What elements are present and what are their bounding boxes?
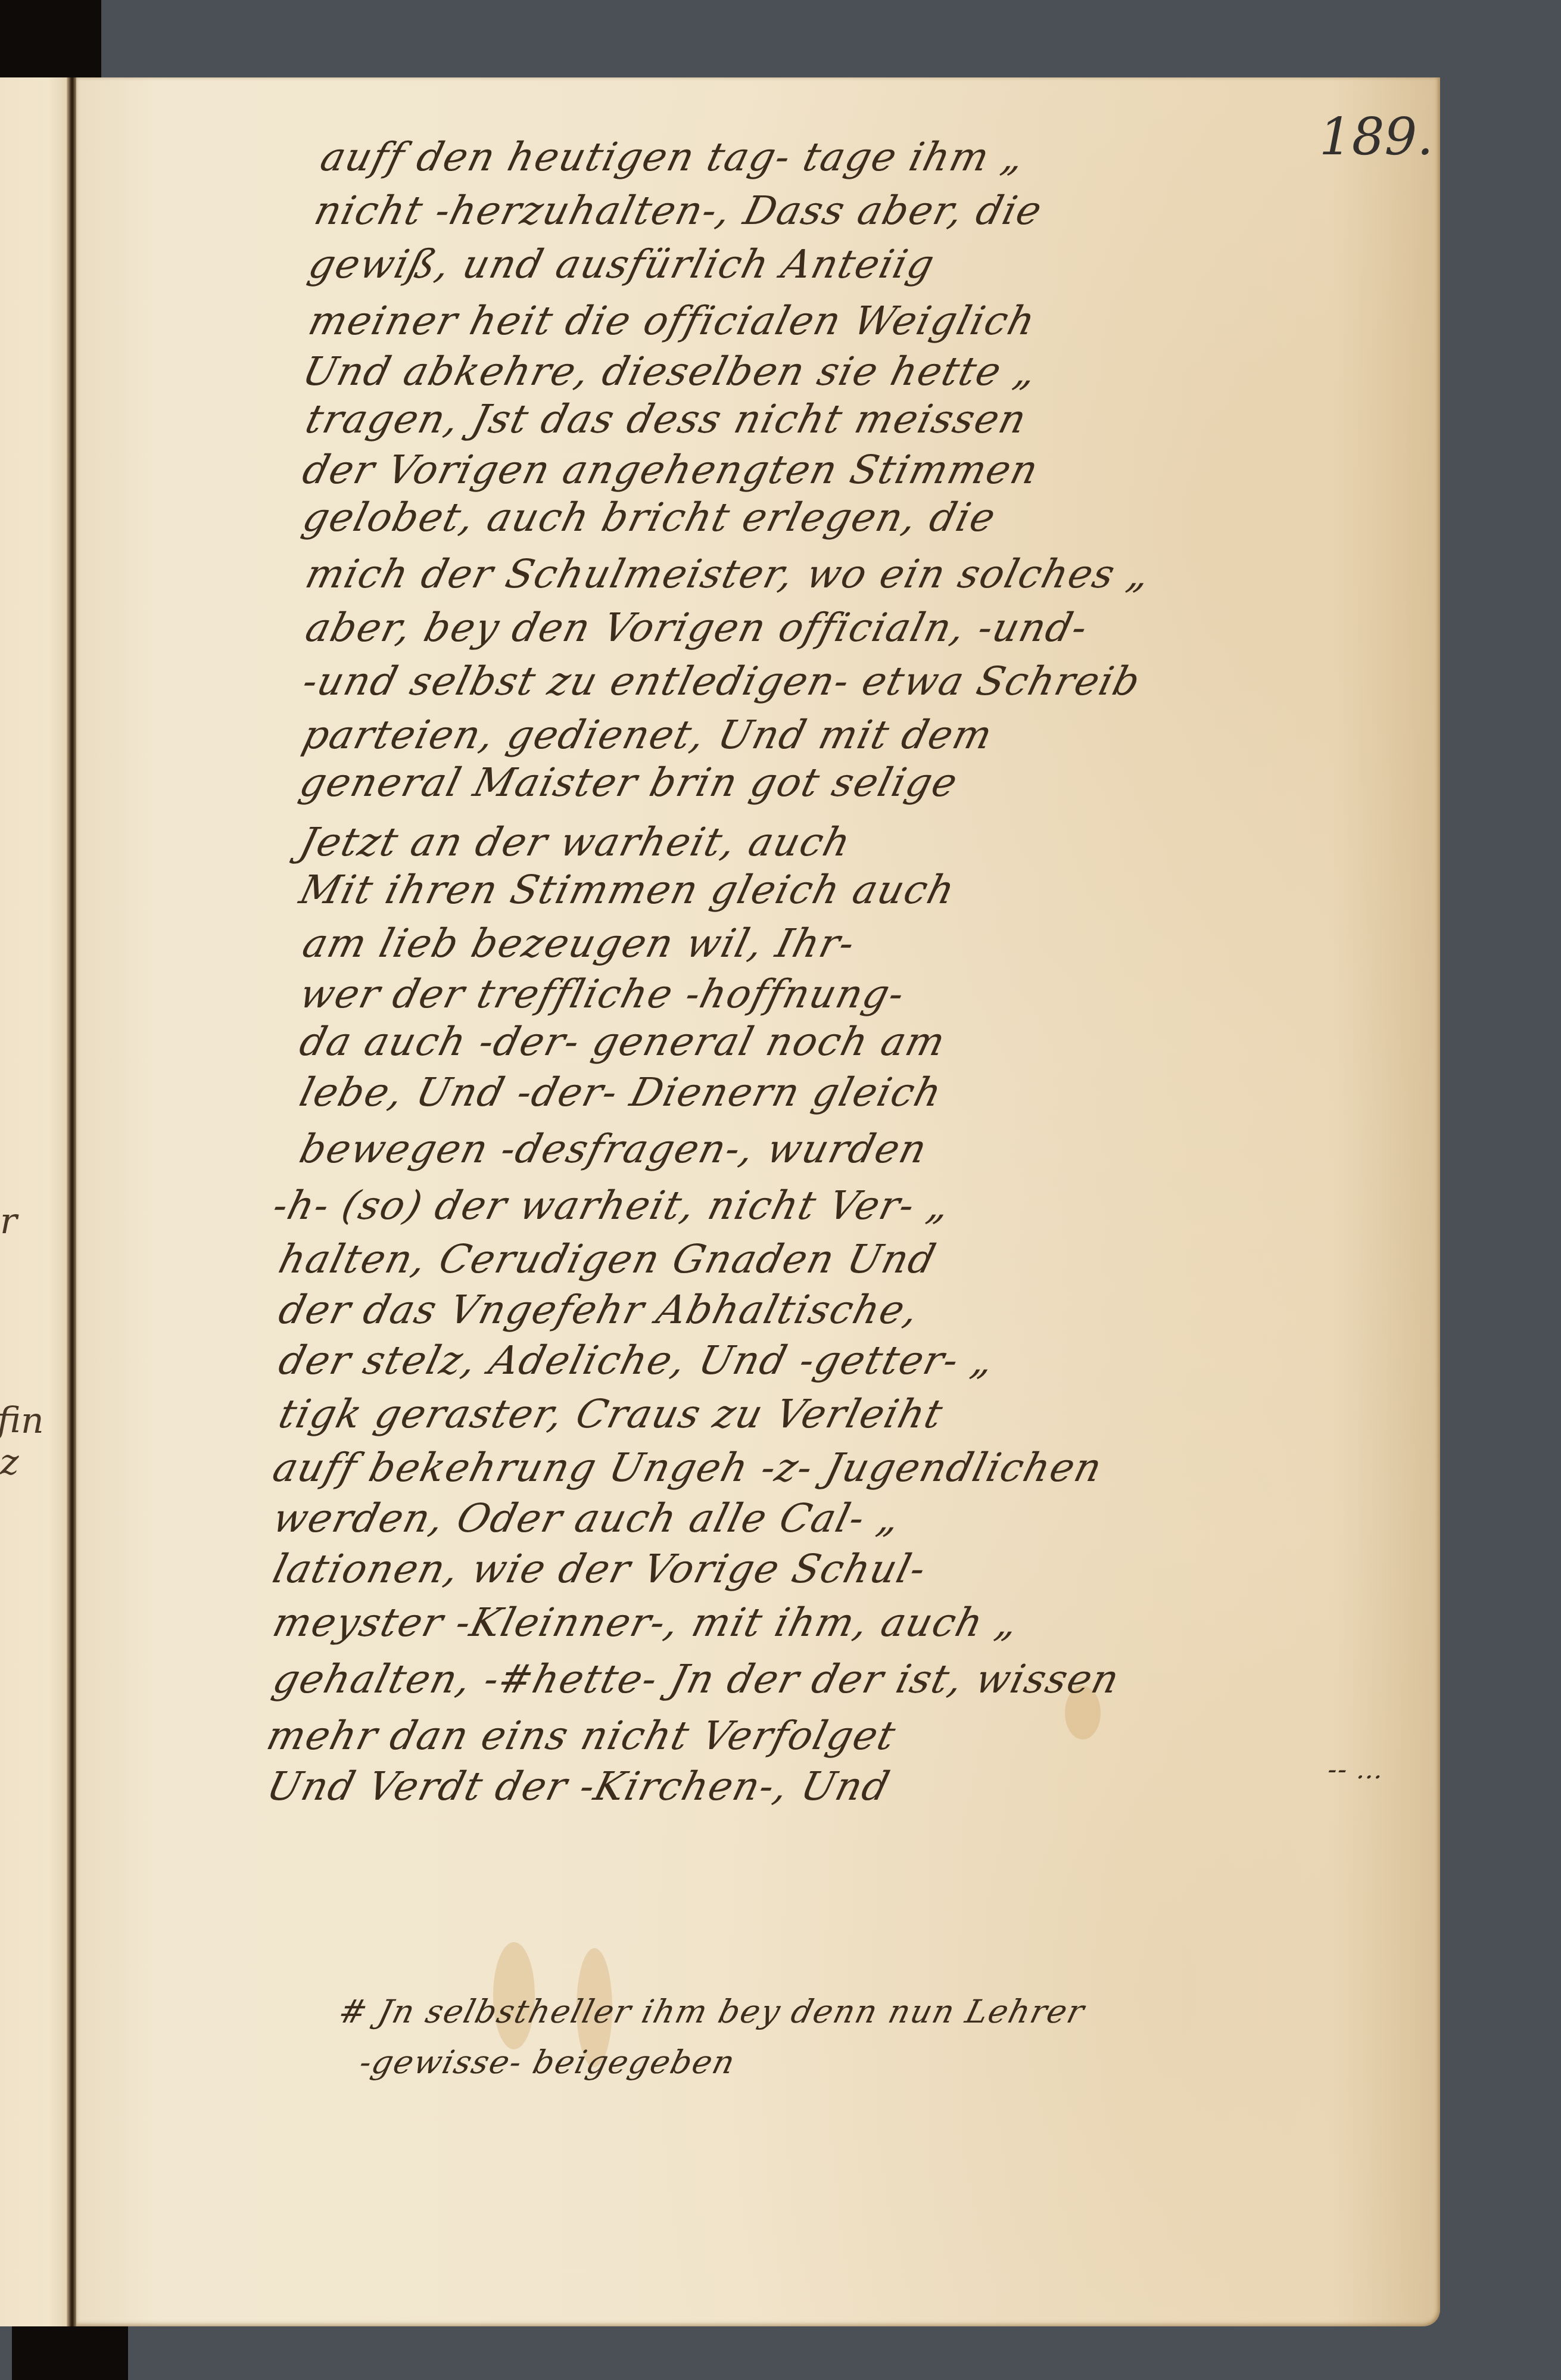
text-line: halten, Cerudigen Gnaden Und: [274, 1236, 941, 1282]
text-line: Und abkehre, dieselben sie hette „: [298, 349, 1042, 394]
left-margin-fragment: fin: [0, 1400, 44, 1442]
footnote-line: ‑gewisse‑ beigegeben: [356, 2043, 740, 2081]
text-line: der das Vngefehr Abhaltische,: [274, 1287, 924, 1333]
text-line: meiner heit die officialen Weiglich: [304, 298, 1040, 344]
text-line: aber, bey den Vorigen officialn, ‑und‑: [301, 605, 1093, 651]
text-line: der Vorigen angehengten Stimmen: [298, 447, 1043, 493]
left-page-edge: r fin z: [0, 77, 68, 2326]
text-line: tragen, Jst das dess nicht meissen: [301, 396, 1032, 442]
text-line: tigk geraster, Craus zu Verleiht: [274, 1391, 948, 1437]
text-line: lationen, wie der Vorige Schul‑: [268, 1546, 931, 1592]
bottom-left-dark-corner: [12, 2326, 128, 2380]
text-line: nicht ‑herzuhalten‑, Dass aber, die: [310, 188, 1047, 234]
text-line: der stelz, Adeliche, Und ‑getter‑ „: [274, 1337, 999, 1383]
text-line: Jetzt an der warheit, auch: [295, 819, 856, 865]
text-line: Mit ihren Stimmen gleich auch: [295, 867, 960, 913]
text-line: lebe, Und ‑der‑ Dienern gleich: [295, 1069, 947, 1115]
text-line: parteien, gedienet, Und mit dem: [298, 712, 998, 758]
text-line: mehr dan eins nicht Verfolget: [262, 1713, 901, 1759]
text-line: auff den heutigen tag‑ tage ihm „: [316, 134, 1030, 180]
top-left-dark-corner: [0, 0, 101, 77]
text-line: ‑h‑ (so) der warheit, nicht Ver‑ „: [268, 1183, 955, 1228]
text-line: am lieb bezeugen wil, Ihr‑: [298, 920, 860, 966]
text-line: wer der treffliche ‑hoffnung‑: [295, 971, 909, 1017]
text-line: gehalten, ‑#hette‑ Jn der der ist, wisse…: [268, 1656, 1124, 1702]
left-margin-fragment: r: [0, 1200, 17, 1242]
text-line: ‑und selbst zu entledigen‑ etwa Schreib: [298, 658, 1145, 704]
text-line: da auch ‑der‑ general noch am: [295, 1019, 951, 1065]
page-number: 189.: [1319, 107, 1433, 167]
left-margin-fragment: z: [0, 1442, 19, 1483]
text-line: auff bekehrung Ungeh ‑z‑ Jugendlichen: [268, 1445, 1107, 1491]
text-line: mich der Schulmeister, wo ein solches „: [301, 551, 1155, 597]
text-line: werden, Oder auch alle Cal‑ „: [268, 1495, 905, 1541]
text-line: bewegen ‑desfragen‑, wurden: [295, 1126, 932, 1172]
footnote-line: # Jn selbstheller ihm bey denn nun Lehre…: [335, 1993, 1089, 2030]
text-line: gewiß, und ausfürlich Anteiig: [304, 241, 939, 287]
right-margin-fragment: ‑‑ …: [1325, 1754, 1389, 1785]
text-line: gelobet, auch bricht erlegen, die: [298, 494, 1001, 540]
text-line: meyster ‑Kleinner‑, mit ihm, auch „: [268, 1600, 1024, 1645]
text-line: general Maister brin got selige: [295, 760, 962, 805]
text-line: Und Verdt der ‑Kirchen‑, Und: [262, 1763, 895, 1809]
